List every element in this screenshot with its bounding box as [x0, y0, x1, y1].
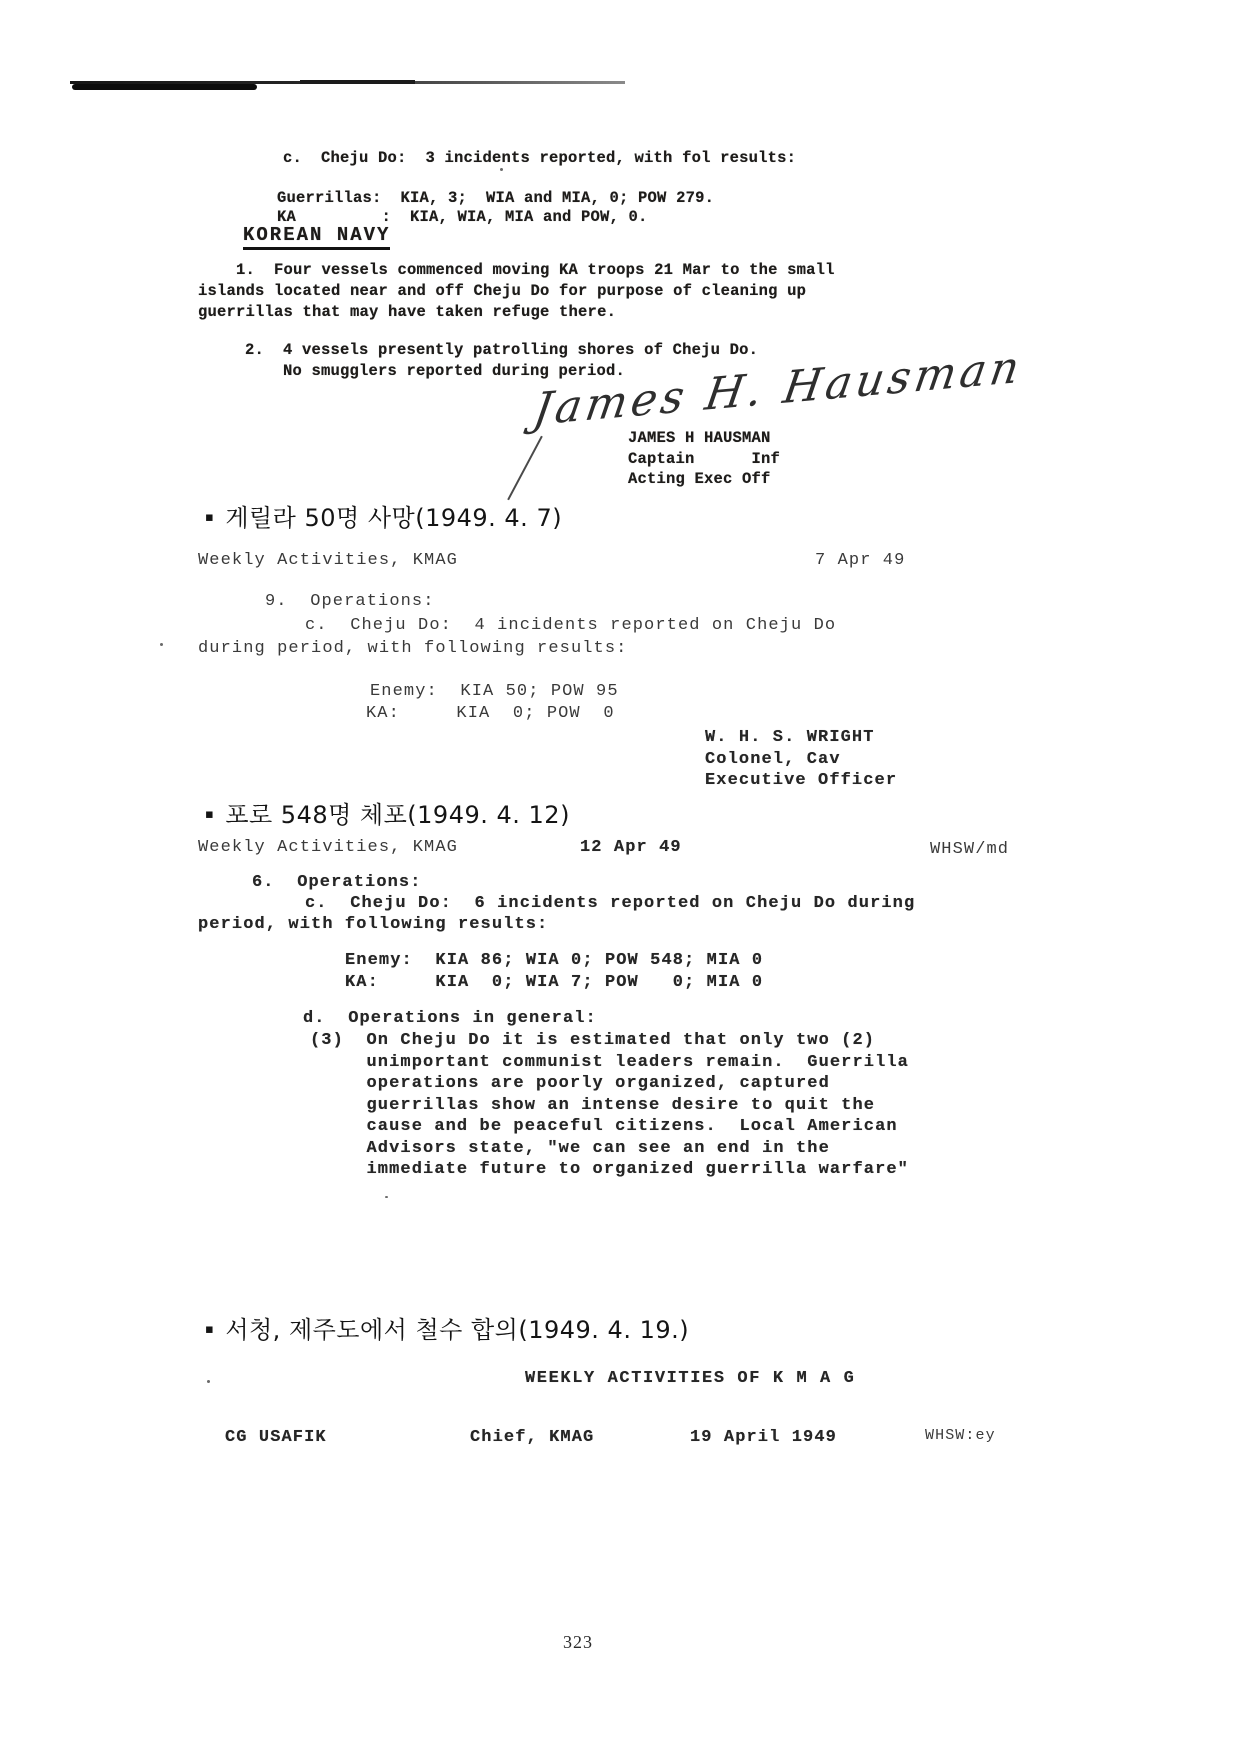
top-rule-heavy: [72, 84, 257, 90]
signer-rank: Captain Inf: [628, 449, 780, 470]
line-cheju-3-incidents: c. Cheju Do: 3 incidents reported, with …: [283, 148, 796, 169]
bullet-icon: ▪: [205, 1322, 214, 1337]
korean-navy-heading: KOREAN NAVY: [243, 225, 390, 250]
annotation-text: 포로 548명 체포(1949. 4. 12): [225, 801, 570, 829]
scan-speck: [500, 168, 503, 171]
item-c-6-incidents-line1: c. Cheju Do: 6 incidents reported on Che…: [305, 893, 915, 915]
item-c-4-incidents-line1: c. Cheju Do: 4 incidents reported on Che…: [305, 615, 836, 636]
annotation-1949-04-19: ▪서청, 제주도에서 철수 합의(1949. 4. 19.): [205, 1310, 689, 1345]
annotation-1949-04-12: ▪포로 548명 체포(1949. 4. 12): [205, 795, 570, 830]
scan-speck: [160, 643, 163, 646]
ka-result-7apr: KA: KIA 0; POW 0: [366, 703, 615, 724]
scan-speck: [385, 1196, 388, 1198]
enemy-result-12apr: Enemy: KIA 86; WIA 0; POW 548; MIA 0: [345, 950, 763, 972]
annotation-text: 서청, 제주도에서 철수 합의(1949. 4. 19.): [225, 1316, 689, 1344]
header-ref-12apr: WHSW/md: [930, 839, 1009, 860]
item-d3-paragraph: (3) On Cheju Do it is estimated that onl…: [310, 1030, 909, 1181]
enemy-result-7apr: Enemy: KIA 50; POW 95: [370, 681, 619, 702]
sender-chief-kmag: Chief, KMAG: [470, 1427, 594, 1449]
weekly-activities-kmag-title: WEEKLY ACTIVITIES OF K M A G: [525, 1368, 855, 1390]
scan-speck: [207, 1380, 210, 1383]
line-guerrillas-result: Guerrillas: KIA, 3; WIA and MIA, 0; POW …: [277, 188, 714, 209]
header-weekly-activities-12apr: Weekly Activities, KMAG: [198, 837, 458, 858]
ref-whsw-ey: WHSW:ey: [925, 1425, 996, 1446]
date-19-april-1949: 19 April 1949: [690, 1427, 837, 1449]
annotation-text: 게릴라 50명 사망(1949. 4. 7): [225, 504, 562, 532]
signer-title: Acting Exec Off: [628, 469, 771, 490]
item-6-operations: 6. Operations:: [252, 872, 422, 894]
paragraph-1-vessels: 1. Four vessels commenced moving KA troo…: [198, 260, 835, 323]
item-9-operations: 9. Operations:: [265, 591, 435, 612]
signer-name-wright: W. H. S. WRIGHT: [705, 727, 875, 749]
header-date-7apr: 7 Apr 49: [815, 550, 905, 571]
top-rule-mid: [300, 80, 415, 84]
signer-title-wright: Executive Officer: [705, 770, 897, 792]
item-c-6-incidents-line2: period, with following results:: [198, 914, 548, 936]
annotation-1949-04-07: ▪게릴라 50명 사망(1949. 4. 7): [205, 498, 562, 533]
page-number: 323: [563, 1632, 593, 1653]
bullet-icon: ▪: [205, 510, 214, 525]
signer-name: JAMES H HAUSMAN: [628, 428, 771, 449]
addressee-cg-usafik: CG USAFIK: [225, 1427, 327, 1449]
paragraph-2-line1: 2. 4 vessels presently patrolling shores…: [245, 340, 758, 361]
header-weekly-activities-7apr: Weekly Activities, KMAG: [198, 550, 458, 571]
bullet-icon: ▪: [205, 807, 214, 822]
item-d-operations-general: d. Operations in general:: [303, 1008, 597, 1030]
signer-rank-wright: Colonel, Cav: [705, 749, 841, 771]
header-date-12apr: 12 Apr 49: [580, 837, 682, 859]
item-c-4-incidents-line2: during period, with following results:: [198, 638, 627, 659]
ka-result-12apr: KA: KIA 0; WIA 7; POW 0; MIA 0: [345, 972, 763, 994]
document-page: c. Cheju Do: 3 incidents reported, with …: [0, 0, 1240, 1754]
paragraph-2-line2: No smugglers reported during period.: [283, 361, 625, 382]
signature-flourish: [507, 436, 543, 501]
